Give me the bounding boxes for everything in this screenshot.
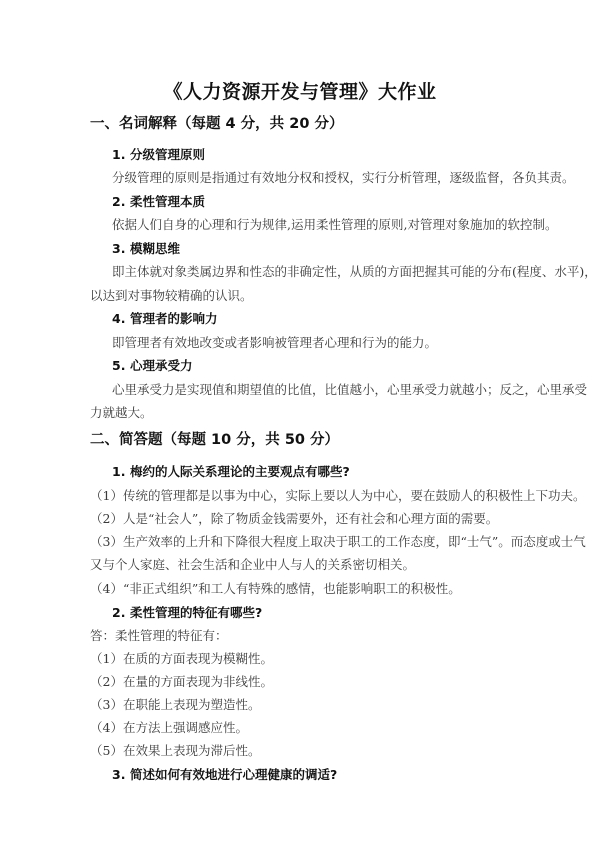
question-heading: 2.柔性管理的特征有哪些?: [112, 603, 262, 621]
answer-line: 分级管理的原则是指通过有效地分权和授权，实行分析管理，逐级监督，各负其责。: [112, 168, 575, 186]
question-label: 简述如何有效地进行心理健康的调适?: [130, 767, 337, 782]
answer-line: 依据人们自身的心理和行为规律,运用柔性管理的原则,对管理对象施加的软控制。: [112, 215, 557, 233]
document-page: 《人力资源开发与管理》大作业 一、名词解释（每题 4 分，共 20 分） 1.分…: [0, 0, 600, 850]
question-number: 3.: [112, 767, 130, 782]
answer-line: （3）在职能上表现为塑造性。: [90, 695, 260, 713]
question-label: 柔性管理的特征有哪些?: [130, 605, 262, 620]
question-heading: 2.柔性管理本质: [112, 192, 205, 210]
answer-line: （1）传统的管理都是以事为中心，实际上要以人为中心，要在鼓励人的积极性上下功夫。: [90, 486, 585, 504]
question-heading: 3.模糊思维: [112, 239, 180, 257]
question-number: 2.: [112, 194, 130, 209]
question-label: 心理承受力: [130, 358, 193, 373]
answer-line: 即管理者有效地改变或者影响被管理者心理和行为的能力。: [112, 333, 437, 351]
question-number: 4.: [112, 311, 130, 326]
answer-line: （2）人是“社会人”，除了物质金钱需要外，还有社会和心理方面的需要。: [90, 509, 498, 527]
question-heading: 1.梅约的人际关系理论的主要观点有哪些?: [112, 462, 350, 480]
answer-line: （5）在效果上表现为滞后性。: [90, 741, 260, 759]
answer-line: （3）生产效率的上升和下降很大程度上取决于职工的工作态度，即“士气”。而态度或士…: [90, 532, 586, 550]
question-number: 1.: [112, 464, 130, 479]
answer-line: 答：柔性管理的特征有：: [90, 626, 228, 644]
question-number: 5.: [112, 358, 130, 373]
answer-line: 又与个人家庭、社会生活和企业中人与人的关系密切相关。: [90, 555, 415, 573]
question-heading: 5.心理承受力: [112, 356, 193, 374]
question-label: 管理者的影响力: [130, 311, 218, 326]
section-heading-definitions: 一、名词解释（每题 4 分，共 20 分）: [90, 112, 343, 133]
question-label: 柔性管理本质: [130, 194, 205, 209]
question-heading: 4.管理者的影响力: [112, 309, 218, 327]
question-number: 1.: [112, 147, 130, 162]
answer-line: （2）在量的方面表现为非线性。: [90, 672, 273, 690]
answer-line: （1）在质的方面表现为模糊性。: [90, 649, 273, 667]
question-number: 3.: [112, 241, 130, 256]
answer-line: 即主体就对象类属边界和性态的非确定性，从质的方面把握其可能的分布(程度、水平)，: [112, 262, 597, 280]
section-heading-short-answer: 二、简答题（每题 10 分，共 50 分）: [90, 428, 339, 449]
answer-line: （4）“非正式组织”和工人有特殊的感情，也能影响职工的积极性。: [90, 579, 461, 597]
answer-line: （4）在方法上强调感应性。: [90, 718, 248, 736]
answer-line: 力就越大。: [90, 403, 153, 421]
document-title: 《人力资源开发与管理》大作业: [0, 77, 600, 104]
question-heading: 3.简述如何有效地进行心理健康的调适?: [112, 765, 337, 783]
question-label: 模糊思维: [130, 241, 180, 256]
answer-line: 以达到对事物较精确的认识。: [90, 286, 253, 304]
question-number: 2.: [112, 605, 130, 620]
question-label: 分级管理原则: [130, 147, 205, 162]
answer-line: 心里承受力是实现值和期望值的比值，比值越小，心里承受力就越小；反之，心里承受: [112, 380, 587, 398]
question-heading: 1.分级管理原则: [112, 145, 205, 163]
question-label: 梅约的人际关系理论的主要观点有哪些?: [130, 464, 350, 479]
